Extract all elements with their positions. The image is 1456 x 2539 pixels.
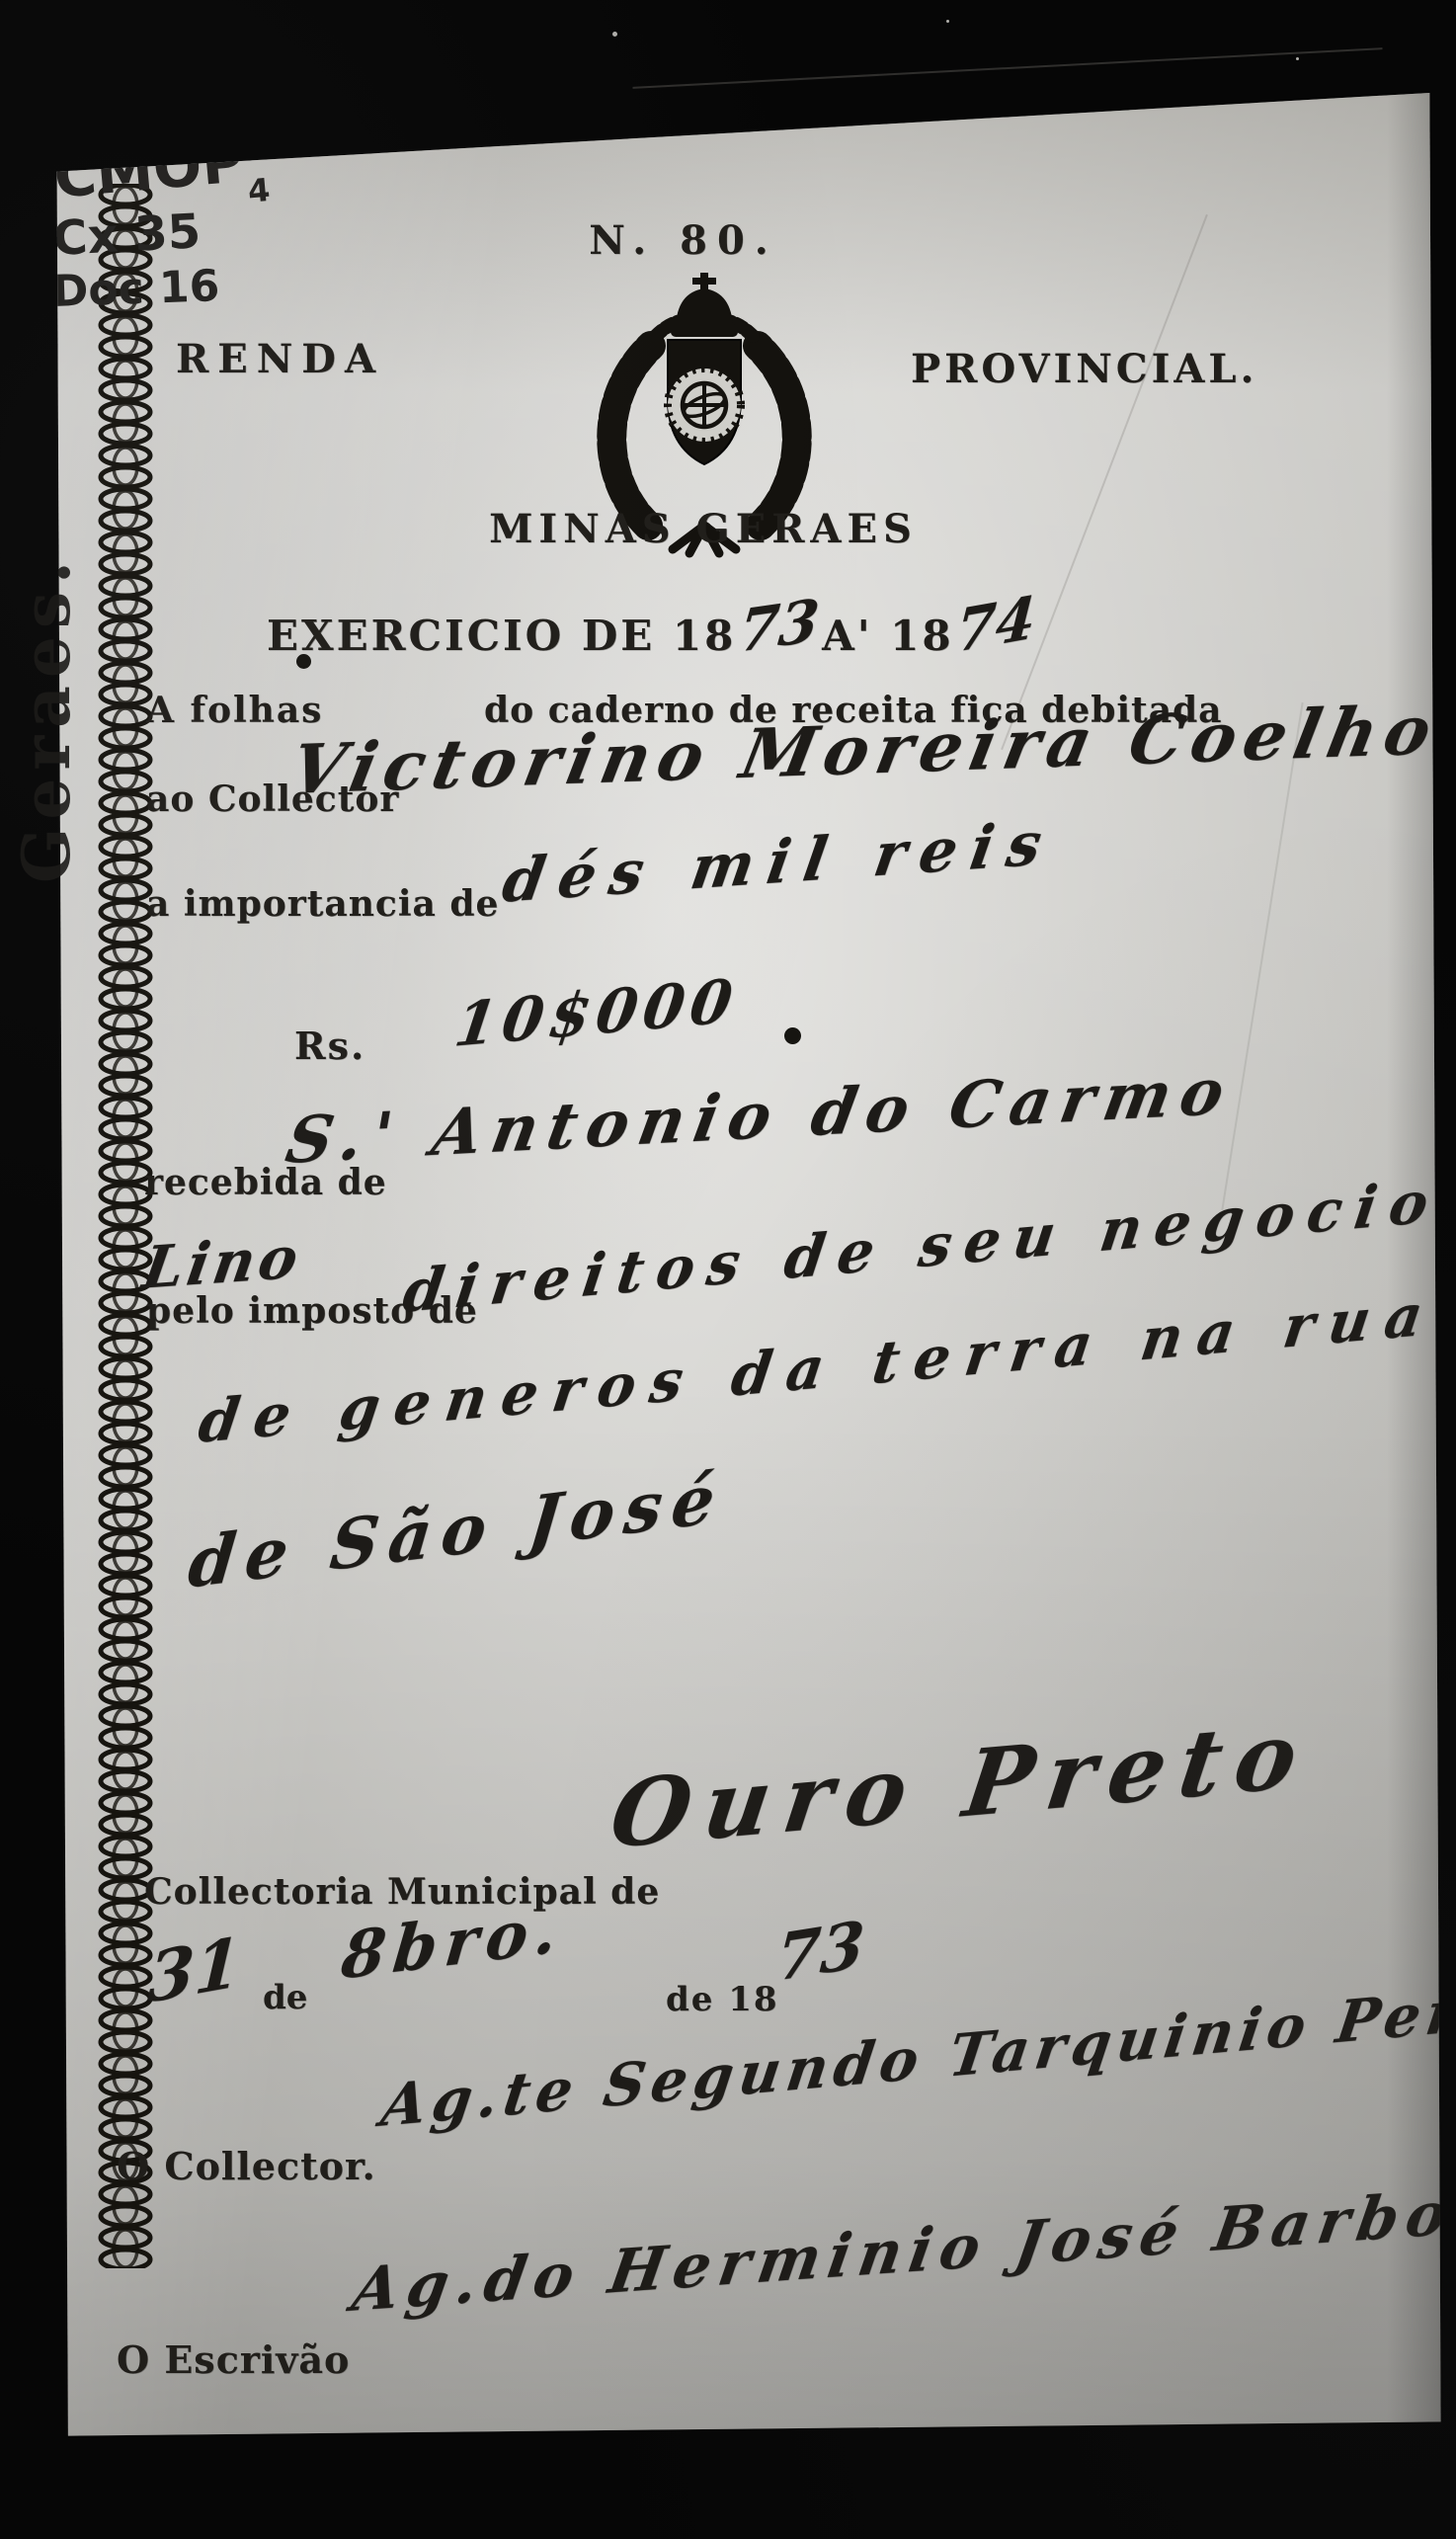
scanned-document-background: Geraes. [3] CMOP4 Cx 35 Doc 16 N. 80. RE…	[0, 0, 1456, 2539]
date-day-handwriting: 31	[146, 1923, 242, 2019]
chain-border-ornament	[98, 184, 153, 2268]
date-year-handwriting: 73	[774, 1907, 866, 1997]
exercise-line: EXERCICIO DE 1873A' 1874	[267, 597, 1033, 664]
received-name-handwriting: S.' Antonio do Carmo	[281, 1054, 1240, 1179]
currency-value-handwriting: 10$000	[450, 966, 742, 1061]
currency-label: Rs.	[294, 1024, 365, 1068]
clerk-signature-handwriting: Ag.do Herminio José Barboza	[348, 2172, 1456, 2326]
folhas-label: A folhas	[146, 690, 323, 731]
ink-blot-dot	[784, 1027, 801, 1044]
tax-line-3-handwriting: de São José	[185, 1458, 728, 1604]
scratch-line	[632, 47, 1382, 89]
exercise-year-start: 73	[736, 586, 822, 666]
amount-label: a importancia de	[146, 883, 499, 925]
amount-words-handwriting: dés mil reis	[498, 808, 1060, 917]
receipt-number: N. 80.	[535, 217, 832, 264]
exercise-infix: A' 18	[822, 612, 954, 660]
dust-speck	[946, 20, 949, 23]
title-renda: RENDA	[176, 336, 384, 382]
exercise-year-end: 74	[954, 583, 1037, 666]
dust-speck	[612, 32, 617, 37]
province-title: MINAS GERAES	[446, 506, 960, 552]
dust-speck	[1296, 57, 1299, 60]
date-of-1: de	[263, 1978, 307, 2017]
title-provincial: PROVINCIAL.	[911, 346, 1257, 392]
collector-signature-handwriting: Ag.te Segundo Tarquinio Pereira.	[377, 1962, 1456, 2140]
ink-blot-dot	[296, 654, 311, 669]
office-label: Collectoria Municipal de	[144, 1871, 660, 1913]
spine-bleed-text: Geraes.	[8, 553, 85, 883]
paper-crease	[1001, 214, 1208, 750]
clerk-sign-label: O Escrivão	[117, 2337, 350, 2382]
receipt-paper: [3] CMOP4 Cx 35 Doc 16 N. 80. RENDA PROV…	[51, 87, 1442, 2438]
exercise-prefix: EXERCICIO DE 18	[267, 612, 736, 660]
paper-crease	[1221, 702, 1303, 1210]
office-place-handwriting: Ouro Preto	[605, 1699, 1318, 1869]
collector-sign-label: O Collector.	[117, 2144, 376, 2188]
date-of-2: de 18	[666, 1980, 779, 2019]
archival-fund-text: CMOP	[51, 127, 246, 210]
